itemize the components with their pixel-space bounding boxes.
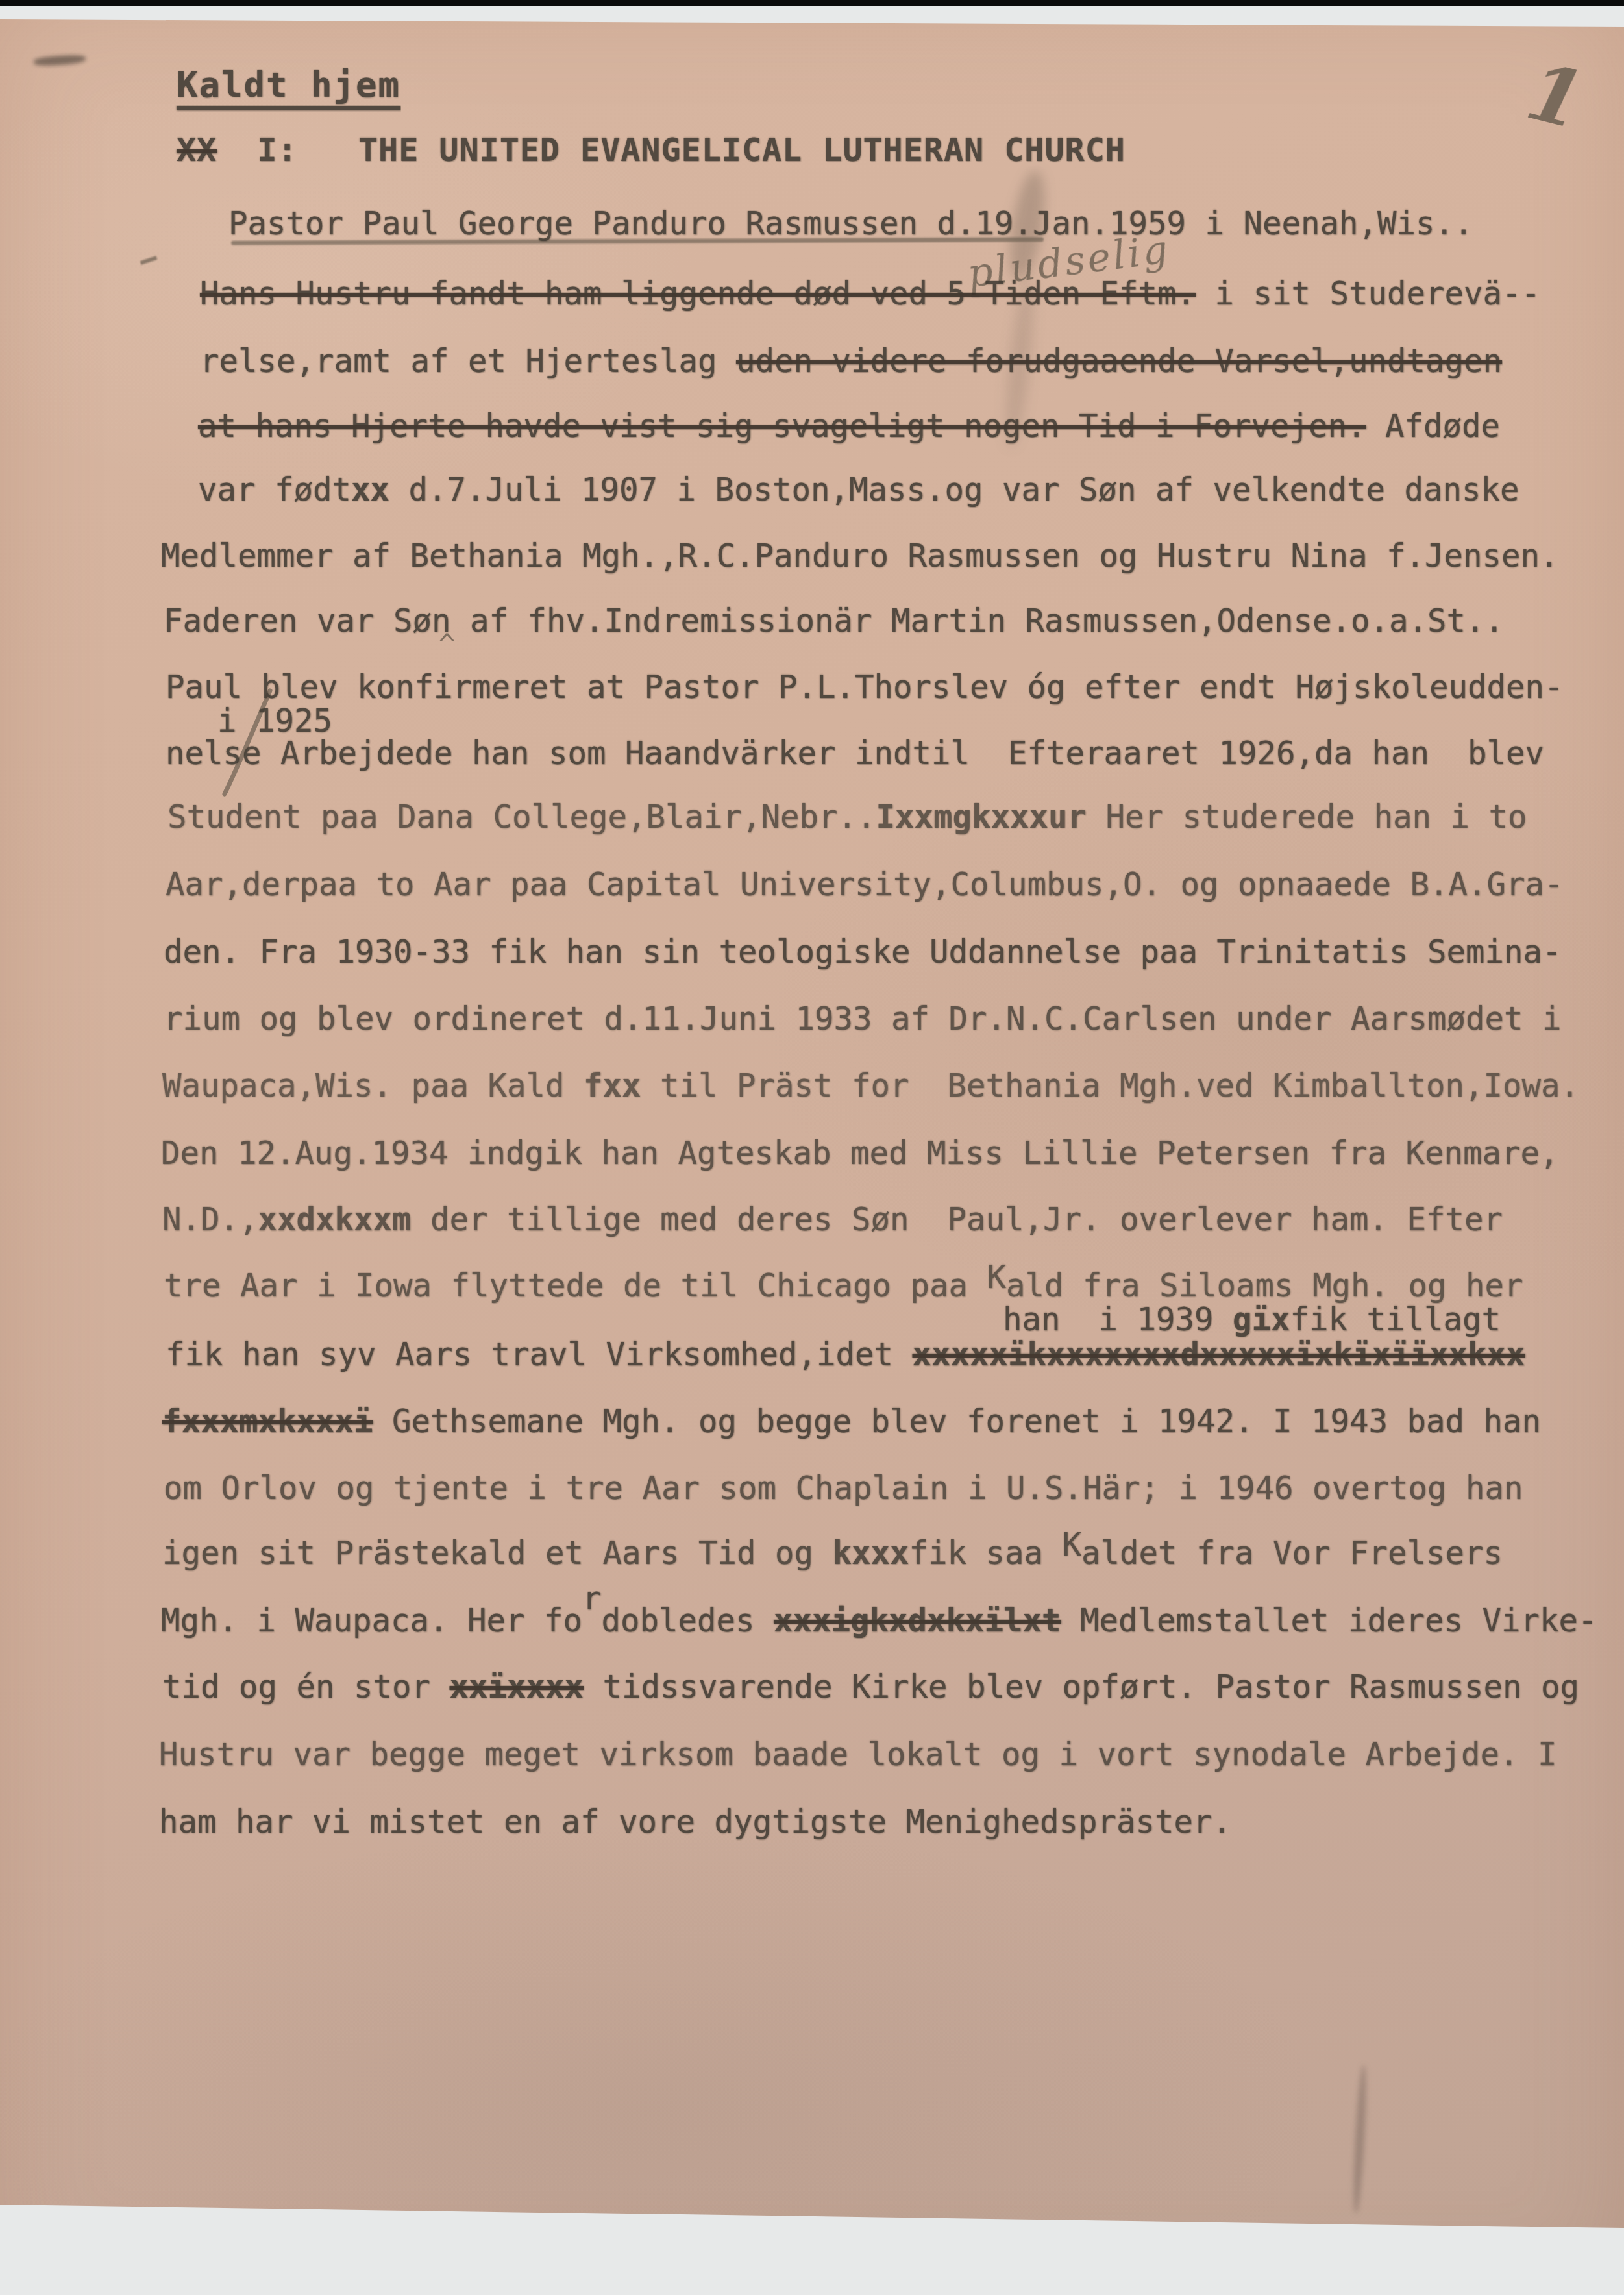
typed-text: fik tillagt <box>1290 1301 1501 1338</box>
typed-line: tre Aar i Iowa flyttede de til Chicago p… <box>164 1270 1523 1302</box>
typed-text: fik saa <box>909 1535 1063 1572</box>
typed-line: Waupaca,Wis. paa Kald fxx til Präst for … <box>162 1070 1579 1102</box>
typed-text: om Orlov og tjente i tre Aar som Chaplai… <box>164 1470 1523 1507</box>
typed-text: relse,ramt af et Hjerteslag <box>200 343 736 380</box>
typed-text: nelse Arbejdede han som Haandvärker indt… <box>166 735 1544 772</box>
typed-text: Den 12.Aug.1934 indgik han Agteskab med … <box>161 1135 1559 1172</box>
typed-line: om Orlov og tjente i tre Aar som Chaplai… <box>164 1472 1523 1504</box>
typed-line: tid og én stor xxïxxxx tidssvarende Kirk… <box>162 1671 1579 1703</box>
struck-text: Hans Hustru fandt ham liggende død ved 5… <box>200 275 1196 312</box>
typed-text: han i 1939 <box>1003 1301 1233 1338</box>
typed-text: Paul blev konfirmeret at Pastor P.L.Thor… <box>166 669 1564 706</box>
typed-line: Paul blev konfirmeret at Pastor P.L.Thor… <box>166 671 1564 703</box>
typed-line: Kaldt hjem <box>177 68 400 103</box>
typed-text: kxxx <box>833 1535 909 1572</box>
typed-text: xxdxkxxm <box>258 1201 412 1238</box>
typed-text: gïx <box>1233 1301 1290 1338</box>
typed-text: den. Fra 1930-33 fik han sin teologiske … <box>164 934 1562 971</box>
typed-text: Faderen var Søn af fhv.Indremissionär Ma… <box>164 602 1504 639</box>
typed-text: K <box>987 1261 1007 1293</box>
typed-line: igen sit Prästekald et Aars Tid og kxxxf… <box>162 1537 1503 1569</box>
typed-text: fik han syv Aars travl Virksomhed,idet <box>166 1336 913 1373</box>
typed-line: rium og blev ordineret d.11.Juni 1933 af… <box>164 1003 1562 1035</box>
typed-text: tid og én stor <box>162 1669 450 1706</box>
typed-text: ald fra Siloams Mgh. og her <box>1006 1267 1523 1304</box>
scanner-edge <box>0 0 1624 6</box>
typed-text: I: THE UNITED EVANGELICAL LUTHERAN CHURC… <box>217 131 1126 169</box>
typewritten-paper: 1 pludselig ^ Kaldt hjemXX I: THE UNITED… <box>0 0 1624 2295</box>
typed-text: tre Aar i Iowa flyttede de til Chicago p… <box>164 1267 987 1304</box>
typed-text: Student paa Dana College,Blair,Nebr.. <box>167 799 876 836</box>
typed-line: nelse Arbejdede han som Haandvärker indt… <box>166 738 1544 769</box>
struck-text: fxxxmxkxxxï <box>162 1403 373 1440</box>
typed-text: r <box>582 1583 602 1615</box>
typed-text: igen sit Prästekald et Aars Tid og <box>162 1535 833 1572</box>
typed-text: Pastor Paul George Panduro Rasmussen d.1… <box>228 205 1473 242</box>
struck-text: XX <box>177 131 217 169</box>
typed-text: K <box>1063 1529 1082 1561</box>
typed-text: Medlemmer af Bethania Mgh.,R.C.Panduro R… <box>161 538 1559 575</box>
struck-text: at hans Hjerte havde vist sig svageligt … <box>198 408 1366 445</box>
typed-text: xx <box>351 471 389 508</box>
typed-text: Ixxmgkxxxur <box>876 799 1087 836</box>
typed-line: XX I: THE UNITED EVANGELICAL LUTHERAN CH… <box>177 134 1126 166</box>
typed-line: Medlemmer af Bethania Mgh.,R.C.Panduro R… <box>161 540 1559 572</box>
typed-text: rium og blev ordineret d.11.Juni 1933 af… <box>164 1000 1562 1037</box>
typed-line: fxxxmxkxxxï Gethsemane Mgh. og begge ble… <box>162 1406 1541 1437</box>
typed-line: N.D.,xxdxkxxm der tillige med deres Søn … <box>162 1204 1503 1235</box>
typed-text: N.D., <box>162 1201 258 1238</box>
typed-line: han i 1939 gïxfik tillagt <box>1003 1304 1501 1335</box>
typed-line: Mgh. i Waupaca. Her fordobledes xxxigkxd… <box>161 1605 1597 1637</box>
typed-line: Aar,derpaa to Aar paa Capital University… <box>166 869 1564 900</box>
typed-text: d.7.Juli 1907 i Boston,Mass.og var Søn a… <box>389 471 1519 508</box>
typed-text: tidssvarende Kirke blev opført. Pastor R… <box>584 1669 1579 1706</box>
typed-text: Her studerede han i to <box>1087 799 1527 836</box>
typed-text: ham har vi mistet en af vore dygtigste M… <box>159 1804 1231 1841</box>
typed-line: i 1925 <box>217 705 332 737</box>
typed-text: dobledes <box>602 1602 774 1639</box>
typed-line: at hans Hjerte havde vist sig svageligt … <box>198 410 1500 442</box>
typed-text: var født <box>198 471 351 508</box>
typed-text: Afdøde <box>1366 408 1501 445</box>
typed-line: Student paa Dana College,Blair,Nebr..Ixx… <box>167 801 1527 833</box>
typed-text-layer: Kaldt hjemXX I: THE UNITED EVANGELICAL L… <box>0 0 1624 2295</box>
typed-line: Den 12.Aug.1934 indgik han Agteskab med … <box>161 1137 1559 1169</box>
typed-line: Hans Hustru fandt ham liggende død ved 5… <box>200 278 1540 310</box>
struck-text: xxïxxxx <box>450 1669 584 1706</box>
typed-line: var fødtxx d.7.Juli 1907 i Boston,Mass.o… <box>198 474 1519 506</box>
typed-line: Faderen var Søn af fhv.Indremissionär Ma… <box>164 605 1504 637</box>
typed-line: den. Fra 1930-33 fik han sin teologiske … <box>164 936 1562 968</box>
typed-text: Medlemstallet ideres Virke- <box>1061 1602 1597 1639</box>
typed-text: i 1925 <box>217 702 332 739</box>
typed-text: fxx <box>584 1067 641 1104</box>
typed-text: aldet fra Vor Frelsers <box>1081 1535 1503 1572</box>
typed-line: relse,ramt af et Hjerteslag uden videre … <box>200 345 1502 377</box>
typed-text: Kaldt hjem <box>177 64 400 105</box>
typed-text: Gethsemane Mgh. og begge blev forenet i … <box>373 1403 1542 1440</box>
typed-text: i sit Studerevä-- <box>1196 275 1540 312</box>
typed-line: Hustru var begge meget virksom baade lok… <box>159 1739 1557 1770</box>
typed-text: til Präst for Bethania Mgh.ved Kimballto… <box>641 1067 1580 1104</box>
typed-line: Pastor Paul George Panduro Rasmussen d.1… <box>228 208 1473 240</box>
scanned-document-page: 1 pludselig ^ Kaldt hjemXX I: THE UNITED… <box>0 0 1624 2295</box>
typed-line: fik han syv Aars travl Virksomhed,idet x… <box>166 1339 1525 1371</box>
typed-text: Mgh. i Waupaca. Her fo <box>161 1602 582 1639</box>
struck-text: uden videre forudgaaende Varsel,undtagen <box>736 343 1502 380</box>
typed-line: ham har vi mistet en af vore dygtigste M… <box>159 1806 1231 1838</box>
typed-text: Waupaca,Wis. paa Kald <box>162 1067 584 1104</box>
typed-text: Aar,derpaa to Aar paa Capital University… <box>166 866 1564 903</box>
typed-text: der tillige med deres Søn Paul,Jr. overl… <box>412 1201 1503 1238</box>
typed-text: Hustru var begge meget virksom baade lok… <box>159 1736 1557 1773</box>
struck-text: xxxigkxdxkxïlxt <box>774 1602 1061 1639</box>
struck-text: xxxxxïkxxxxxxxdxxxxxïxkïxïïxxkxx <box>913 1336 1525 1373</box>
